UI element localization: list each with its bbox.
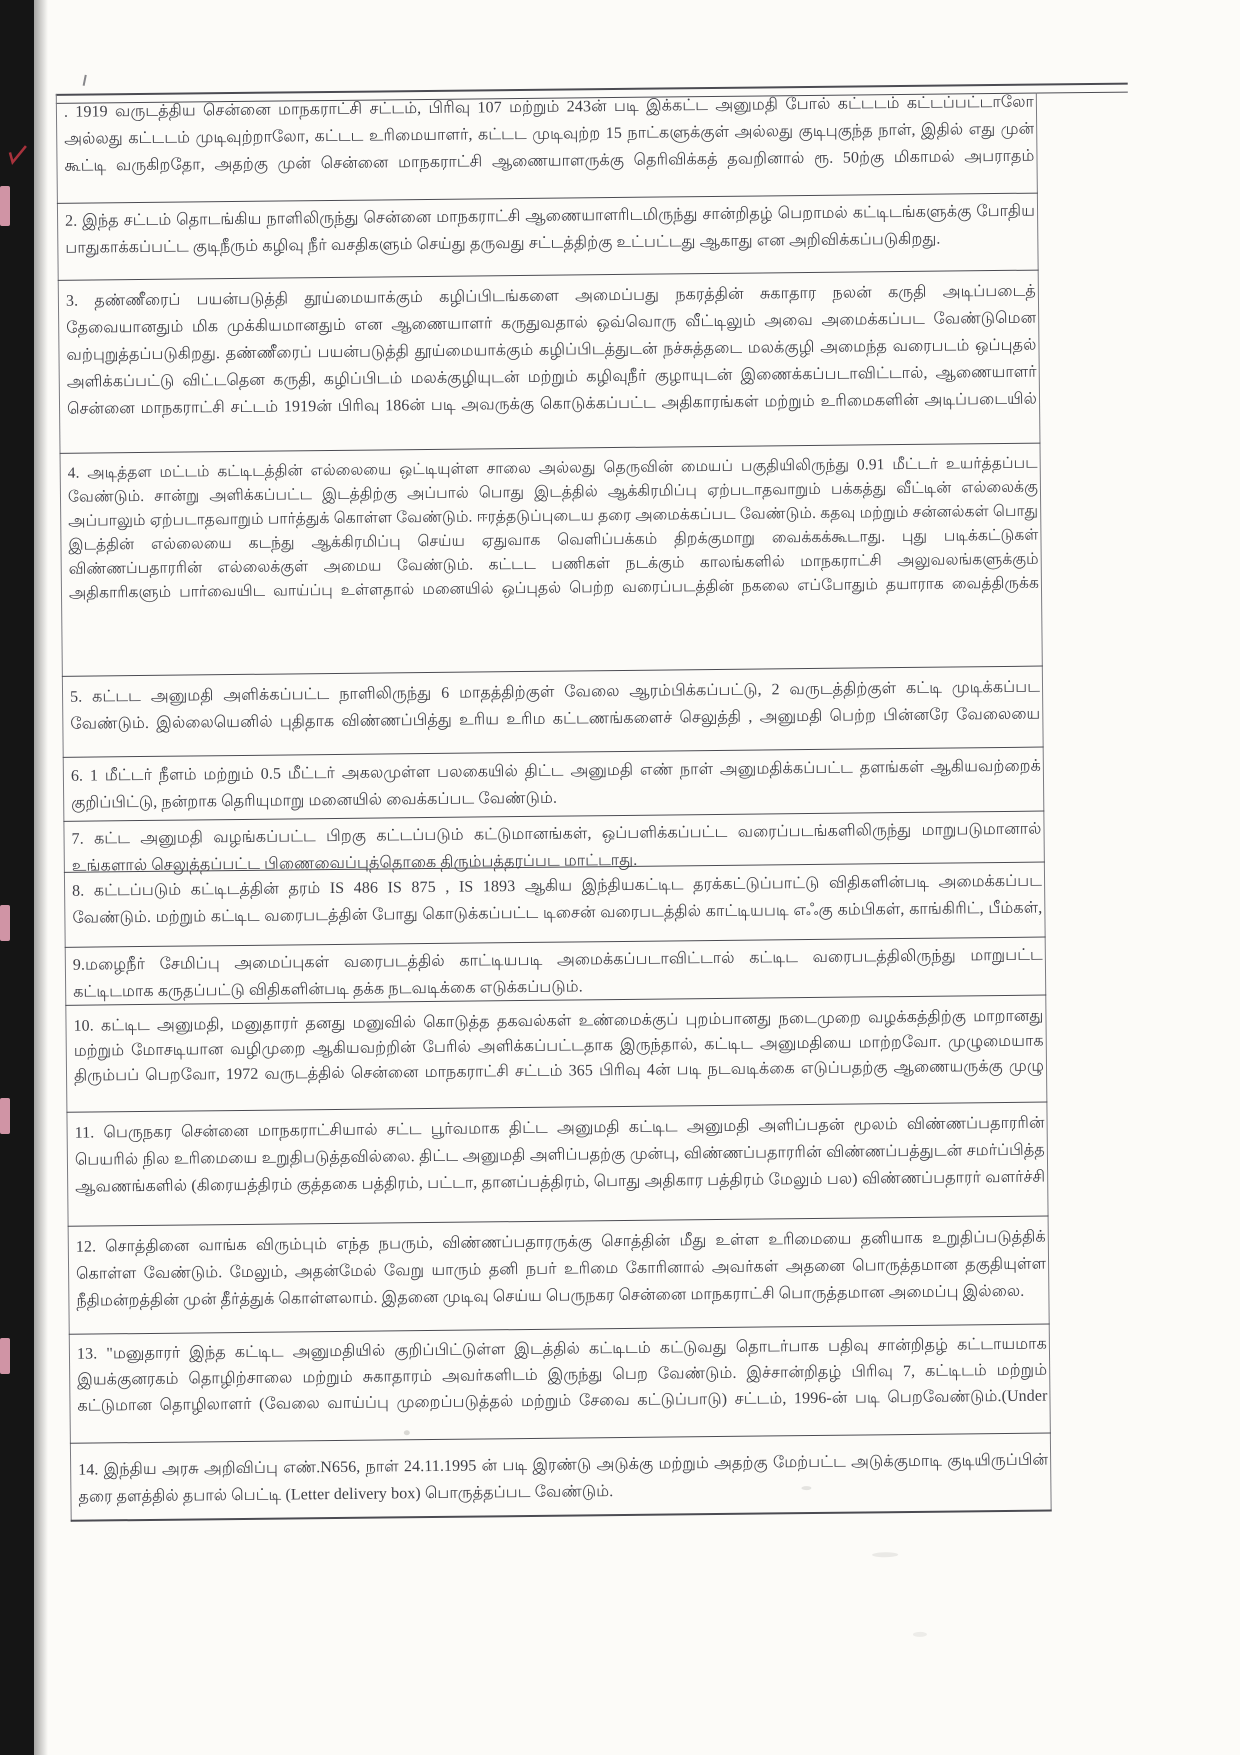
clause-13: 13. "மனுதாரர் இந்த கட்டிட அனுமதியில் குற…: [77, 1332, 1048, 1420]
document-scan-area: . 1919 வருடத்திய சென்னை மாநகராட்சி சட்டம…: [0, 0, 1240, 1755]
clause-2: 2. இந்த சட்டம் தொடங்கிய நாளிலிருந்து சென…: [65, 198, 1036, 262]
clause-4: 4. அடித்தள மட்டம் கட்டிடத்தின் எல்லையை ஒ…: [68, 452, 1039, 606]
clause-8: 8. கட்டப்படும் கட்டிடத்தின் தரம் IS 486 …: [72, 868, 1043, 932]
clause-5: 5. கட்டட அனுமதி அளிக்கப்பட்ட நாளிலிருந்த…: [70, 674, 1041, 738]
separator-line: [70, 1433, 1051, 1444]
clause-10: 10. கட்டிட அனுமதி, மனுதாரர் தனது மனுவில்…: [73, 1004, 1044, 1089]
scan-smudge: [404, 1430, 410, 1435]
clause-9: 9.மழைநீர் சேமிப்பு அமைப்புகள் வரைபடத்தில…: [73, 942, 1044, 1006]
clause-14: 14. இந்திய அரசு அறிவிப்பு எண்.N656, நாள்…: [78, 1447, 1049, 1511]
clause-1: . 1919 வருடத்திய சென்னை மாநகராட்சி சட்டம…: [64, 89, 1035, 180]
clause-6: 6. 1 மீட்டர் நீளம் மற்றும் 0.5 மீட்டர் அ…: [71, 753, 1042, 817]
scanned-document-page: . 1919 வருடத்திய சென்னை மாநகராட்சி சட்டம…: [0, 0, 1240, 1755]
scan-smudge: [913, 1632, 927, 1637]
clause-12: 12. சொத்தினை வாங்க விரும்பும் எந்த நபரும…: [76, 1224, 1047, 1315]
clause-11: 11. பெருநகர சென்னை மாநகராட்சியால் சட்ட ப…: [75, 1110, 1046, 1201]
bottom-rule-line: [71, 1510, 1052, 1522]
clause-3: 3. தண்ணீரைப் பயன்படுத்தி தூய்மையாக்கும் …: [66, 278, 1037, 423]
scan-smudge: [872, 1552, 898, 1557]
pen-squiggle-mark: [83, 75, 94, 88]
